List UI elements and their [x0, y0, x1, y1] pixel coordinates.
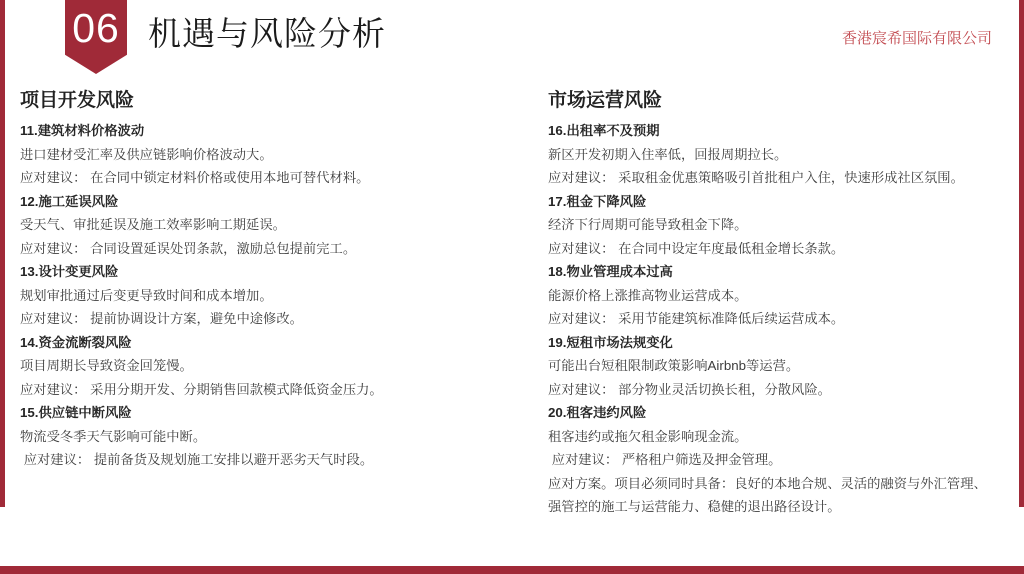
risk-item-line: 能源价格上涨推高物业运营成本。 [548, 284, 997, 308]
company-name: 香港宸希国际有限公司 [842, 27, 992, 48]
risk-item-heading: 13.设计变更风险 [20, 260, 528, 284]
risk-item-line: 应对建议： 采用分期开发、分期销售回款模式降低资金压力。 [20, 378, 528, 402]
risk-item-line: 经济下行周期可能导致租金下降。 [548, 213, 997, 237]
slide-title: 机遇与风险分析 [148, 8, 386, 55]
risk-column-development: 项目开发风险 11.建筑材料价格波动进口建材受汇率及供应链影响价格波动大。应对建… [20, 88, 528, 472]
risk-item-line: 应对建议： 提前协调设计方案，避免中途修改。 [20, 307, 528, 331]
risk-item-heading: 17.租金下降风险 [548, 190, 997, 214]
risk-item-line: 应对建议： 严格租户筛选及押金管理。 [548, 448, 997, 472]
risk-item-list: 11.建筑材料价格波动进口建材受汇率及供应链影响价格波动大。应对建议： 在合同中… [20, 119, 528, 472]
risk-item-line: 应对建议： 采用节能建筑标准降低后续运营成本。 [548, 307, 997, 331]
risk-item-line: 应对建议： 部分物业灵活切换长租，分散风险。 [548, 378, 997, 402]
chapter-number: 06 [72, 5, 120, 51]
risk-item-line: 项目周期长导致资金回笼慢。 [20, 354, 528, 378]
bottom-accent-bar [0, 566, 1024, 574]
risk-item-heading: 15.供应链中断风险 [20, 401, 528, 425]
presentation-slide: 06 机遇与风险分析 香港宸希国际有限公司 项目开发风险 11.建筑材料价格波动… [0, 0, 1024, 574]
risk-column-operation: 市场运营风险 16.出租率不及预期新区开发初期入住率低，回报周期拉长。应对建议：… [548, 88, 997, 519]
column-header: 市场运营风险 [548, 88, 997, 114]
risk-item-line: 进口建材受汇率及供应链影响价格波动大。 [20, 143, 528, 167]
risk-item-line: 可能出台短租限制政策影响Airbnb等运营。 [548, 354, 997, 378]
risk-item-line: 规划审批通过后变更导致时间和成本增加。 [20, 284, 528, 308]
risk-item-heading: 19.短租市场法规变化 [548, 331, 997, 355]
column-header: 项目开发风险 [20, 88, 528, 114]
risk-item-line: 应对建议： 合同设置延误处罚条款，激励总包提前完工。 [20, 237, 528, 261]
risk-item-heading: 16.出租率不及预期 [548, 119, 997, 143]
summary-paragraph: 应对方案。项目必须同时具备：良好的本地合规、灵活的融资与外汇管理、强管控的施工与… [548, 472, 997, 519]
chapter-badge: 06 [65, 0, 127, 74]
risk-item-line: 新区开发初期入住率低，回报周期拉长。 [548, 143, 997, 167]
risk-item-line: 应对建议： 在合同中设定年度最低租金增长条款。 [548, 237, 997, 261]
risk-item-line: 应对建议： 采取租金优惠策略吸引首批租户入住，快速形成社区氛围。 [548, 166, 997, 190]
risk-item-line: 应对建议： 在合同中锁定材料价格或使用本地可替代材料。 [20, 166, 528, 190]
right-accent-line [1019, 0, 1024, 507]
risk-item-line: 租客违约或拖欠租金影响现金流。 [548, 425, 997, 449]
risk-item-heading: 18.物业管理成本过高 [548, 260, 997, 284]
risk-item-line: 受天气、审批延误及施工效率影响工期延误。 [20, 213, 528, 237]
left-accent-line [0, 0, 5, 507]
risk-item-heading: 11.建筑材料价格波动 [20, 119, 528, 143]
risk-item-list: 16.出租率不及预期新区开发初期入住率低，回报周期拉长。应对建议： 采取租金优惠… [548, 119, 997, 472]
risk-item-heading: 14.资金流断裂风险 [20, 331, 528, 355]
risk-item-line: 物流受冬季天气影响可能中断。 [20, 425, 528, 449]
risk-item-line: 应对建议： 提前备货及规划施工安排以避开恶劣天气时段。 [20, 448, 528, 472]
risk-item-heading: 12.施工延误风险 [20, 190, 528, 214]
risk-item-heading: 20.租客违约风险 [548, 401, 997, 425]
